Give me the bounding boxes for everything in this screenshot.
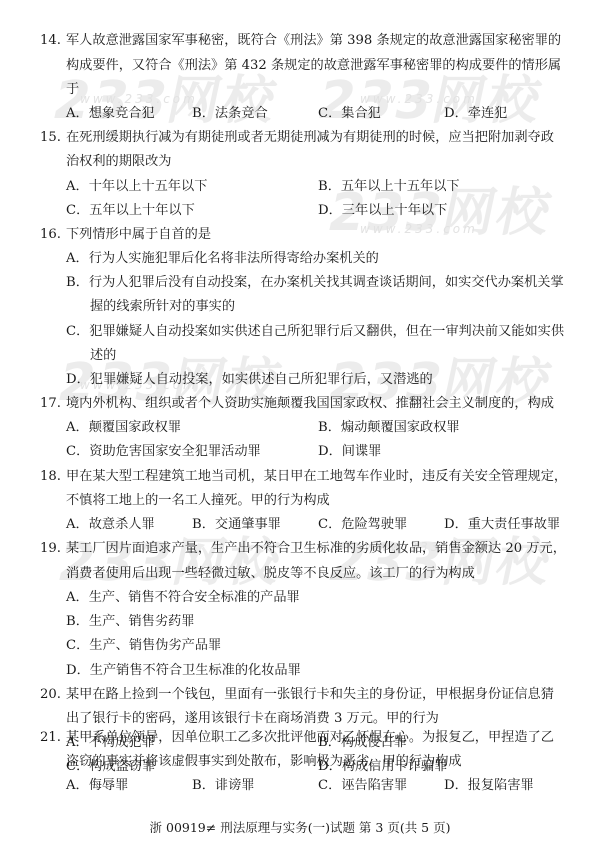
question-number: 17.: [40, 395, 61, 413]
option-d: D．重大责任事故罪: [444, 516, 560, 534]
question-text: 军人故意泄露国家军事秘密，既符合《刑法》第 398 条规定的故意泄露国家秘密罪的: [66, 32, 561, 50]
option-b: B．法条竞合: [192, 105, 268, 123]
option-d: D．牵连犯: [444, 105, 507, 123]
question-text: 某甲系单位领导，因单位职工乙多次批评他而对乙怀恨在心。为报复乙，甲捏造了乙: [66, 729, 554, 747]
question-number: 14.: [40, 32, 61, 50]
question-number: 21.: [40, 729, 61, 747]
option-c: C．集合犯: [318, 105, 381, 123]
question-number: 15.: [40, 129, 61, 147]
option-c: C．五年以上十年以下: [66, 202, 195, 220]
option-a: A．侮辱罪: [66, 777, 128, 795]
option-a: A．想象竞合犯: [66, 105, 155, 123]
option-d: D．犯罪嫌疑人自动投案，如实供述自己所犯罪行后，又潜逃的: [66, 371, 433, 389]
option-b: B．诽谤罪: [192, 777, 254, 795]
question-number: 20.: [40, 686, 61, 704]
exam-page: 233网校 233网校 www.233.com www.233.com 233网…: [0, 0, 600, 864]
option-b: B．煽动颠覆国家政权罪: [318, 419, 460, 437]
question-text: 下列情形中属于自首的是: [66, 226, 211, 244]
question-text: 盗窃的事实并将该虚假事实到处散布，影响极为恶劣。甲的行为构成: [66, 753, 462, 771]
question-text: 构成要件，又符合《刑法》第 432 条规定的故意泄露军事秘密罪的构成要件的情形属: [66, 57, 561, 75]
option-b: B．交通肇事罪: [192, 516, 281, 534]
option-b: B．行为人犯罪后没有自动投案，在办案机关找其调查谈话期间，如实交代办案机关掌: [66, 274, 564, 292]
option-b: B．五年以上十五年以下: [318, 178, 460, 196]
question-text: 某甲在路上捡到一个钱包，里面有一张银行卡和失主的身份证，甲根据身份证信息猜: [66, 686, 554, 704]
question-text: 消费者使用后出现一些轻微过敏、脱皮等不良反应。该工厂的行为构成: [66, 565, 475, 583]
option-a: A．十年以上十五年以下: [66, 178, 207, 196]
option-d: D．报复陷害罪: [444, 777, 534, 795]
option-d: D．生产销售不符合卫生标准的化妆品罪: [66, 662, 301, 680]
question-text: 出了银行卡的密码，遂用该银行卡在商场消费 3 万元。甲的行为: [66, 710, 439, 728]
question-text: 于: [66, 81, 79, 99]
question-text: 甲在某大型工程建筑工地当司机，某日甲在工地驾车作业时，违反有关安全管理规定，: [66, 468, 567, 486]
question-text: 治权利的期限改为: [66, 153, 172, 171]
option-b-continued: 握的线索所针对的事实的: [90, 298, 235, 316]
option-c: C．犯罪嫌疑人自动投案如实供述自己所犯罪行后又翻供，但在一审判决前又能如实供: [66, 323, 564, 341]
question-number: 16.: [40, 226, 61, 244]
question-text: 某工厂因片面追求产量，生产出不符合卫生标准的劣质化妆品，销售金额达 20 万元，: [66, 540, 566, 558]
option-c: C．危险驾驶罪: [318, 516, 407, 534]
option-d: D．三年以上十年以下: [318, 202, 447, 220]
option-a: A．行为人实施犯罪后化名将非法所得寄给办案机关的: [66, 250, 379, 268]
page-footer: 浙 00919≠ 刑法原理与实务(一)试题 第 3 页(共 5 页): [0, 820, 600, 836]
option-a: A．生产、销售不符合安全标准的产品罪: [66, 589, 300, 607]
option-c: C．生产、销售伪劣产品罪: [66, 637, 221, 655]
question-text: 境内外机构、组织或者个人资助实施颠覆我国国家政权、推翻社会主义制度的，构成: [66, 395, 554, 413]
watermark-url: www.233.com: [360, 92, 478, 106]
option-c: C．资助危害国家安全犯罪活动罪: [66, 443, 261, 461]
option-a: A．颠覆国家政权罪: [66, 419, 181, 437]
option-b: B．生产、销售劣药罪: [66, 613, 194, 631]
question-text: 不慎将工地上的一名工人撞死。甲的行为构成: [66, 492, 330, 510]
question-number: 19.: [40, 540, 61, 558]
option-c-continued: 述的: [90, 347, 116, 365]
option-c: C．诬告陷害罪: [318, 777, 407, 795]
option-d: D．间谍罪: [318, 443, 381, 461]
question-number: 18.: [40, 468, 61, 486]
question-text: 在死刑缓期执行减为有期徒刑或者无期徒刑减为有期徒刑的时候，应当把附加剥夺政: [66, 129, 554, 147]
watermark-url: www.233.com: [80, 92, 198, 106]
option-a: A．故意杀人罪: [66, 516, 155, 534]
watermark-url: www.233.com: [360, 222, 478, 236]
